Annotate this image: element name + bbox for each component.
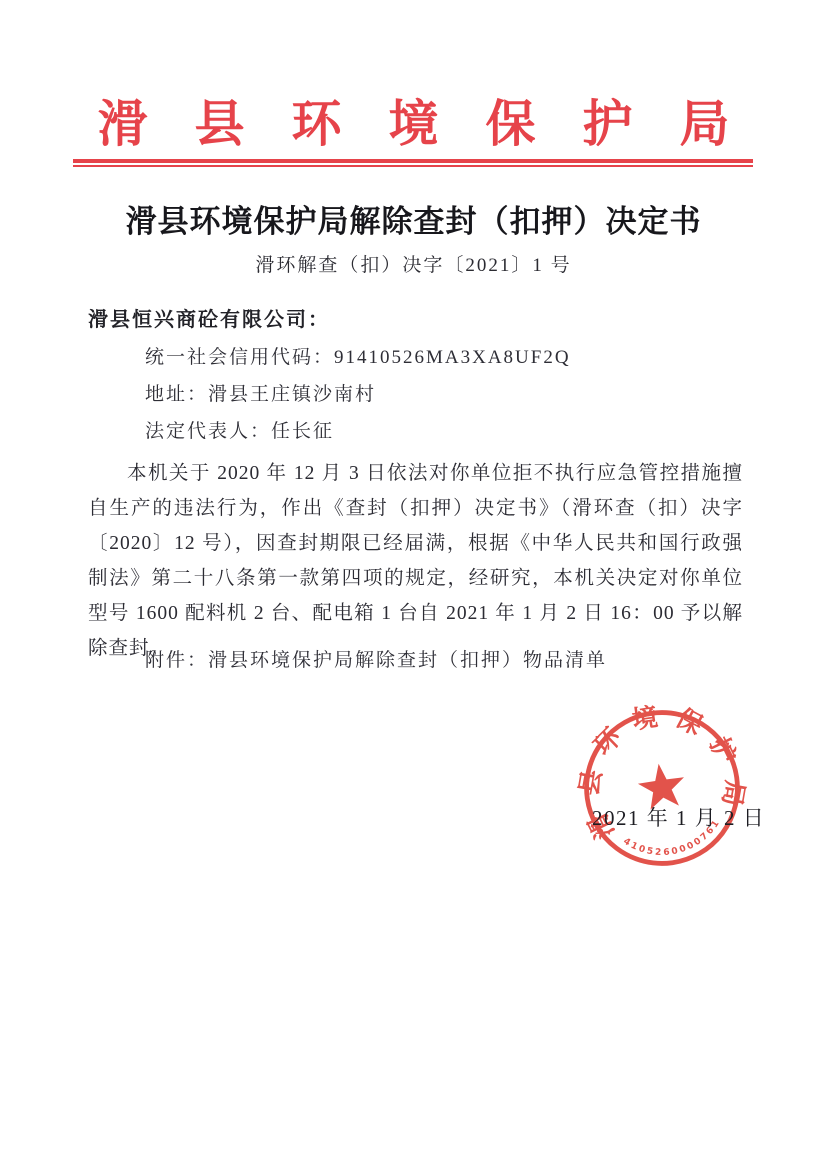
credit-code-line: 统一社会信用代码：91410526MA3XA8UF2Q	[88, 339, 742, 376]
decision-paragraph: 本机关于 2020 年 12 月 3 日依法对你单位拒不执行应急管控措施擅自生产…	[88, 456, 743, 666]
legal-representative-line: 法定代表人：任长征	[88, 413, 742, 450]
document-number: 滑环解查（扣）决字〔2021〕1 号	[0, 250, 827, 277]
issue-date: 2021 年 1 月 2 日	[592, 802, 765, 832]
document-page: 滑县环境保护局 滑县环境保护局解除查封（扣押）决定书 滑环解查（扣）决字〔202…	[0, 0, 827, 1176]
address-line: 地址：滑县王庄镇沙南村	[88, 376, 742, 413]
official-seal: 滑县环境保护局 4105260000761	[566, 692, 758, 884]
attachment-line: 附件：滑县环境保护局解除查封（扣押）物品清单	[88, 645, 743, 672]
agency-name: 滑县环境保护局	[0, 84, 827, 156]
recipient-info: 统一社会信用代码：91410526MA3XA8UF2Q 地址：滑县王庄镇沙南村 …	[88, 339, 742, 450]
recipient-name: 滑县恒兴商砼有限公司：	[88, 303, 742, 332]
red-divider-line	[73, 159, 753, 167]
document-title: 滑县环境保护局解除查封（扣押）决定书	[0, 196, 827, 241]
